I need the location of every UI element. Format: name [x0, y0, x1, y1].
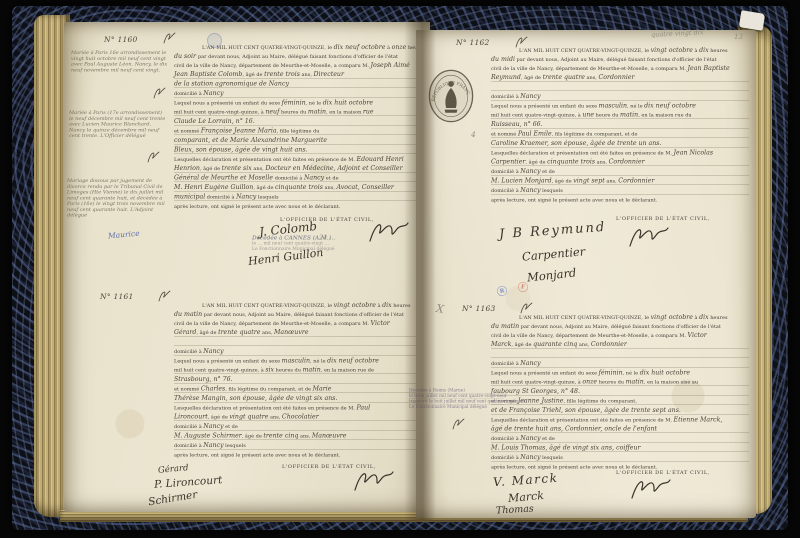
- act-line: mil huit cent quatre-vingt-quinze, à onz…: [491, 377, 749, 387]
- officer-signature-flourish: [366, 219, 412, 245]
- handwritten-entry-text: vingt octobre: [651, 313, 693, 321]
- handwritten-entry-text: trente six: [222, 164, 252, 172]
- act-line: domicilié à Nancy et de: [491, 166, 749, 176]
- act-1162-body: L'AN MIL HUIT CENT QUATRE-VINGT-QUINZE, …: [491, 45, 749, 204]
- handwritten-entry-text: Gérard: [174, 328, 196, 336]
- handwritten-entry-text: dix: [699, 313, 709, 321]
- register-book: Mariée à Paris 16e arrondissement le vin…: [12, 6, 788, 530]
- act-line: Caroline Kraemer, son épouse, âgée de tr…: [491, 138, 749, 148]
- act-line: L'AN MIL HUIT CENT QUATRE-VINGT-QUINZE, …: [491, 45, 749, 54]
- printed-form-text: déclarant.: [315, 453, 341, 459]
- act-line: après lecture, ont signé le présent acte…: [174, 201, 420, 210]
- handwritten-entry-text: Bleux, son épouse, âgée de vingt huit an…: [174, 146, 308, 154]
- act-line: mil huit cent quatre-vingt-quinze, à six…: [174, 365, 420, 375]
- printed-form-text: civil de la ville de Nancy, département …: [174, 321, 371, 327]
- printed-form-text: déclarant.: [315, 204, 341, 210]
- act-line: L'AN MIL HUIT CENT QUATRE-VINGT-QUINZE, …: [491, 312, 749, 321]
- act-line: M. Henri Eugène Guillon, âgé de cinquant…: [174, 182, 420, 192]
- handwritten-entry-text: [491, 83, 493, 91]
- right-page: quatre vingt dix 13 RÉPUBLIQUE FRANÇAISE…: [416, 30, 756, 518]
- act-line: municipal domicilié à Nancy lesquels: [174, 192, 420, 202]
- handwritten-entry-text: vingt octobre: [651, 46, 693, 54]
- handwritten-entry-text: M. Auguste Schirmer: [174, 432, 242, 440]
- handwritten-entry-text: dix neuf octobre: [644, 102, 696, 110]
- printed-form-text: , né le: [310, 359, 327, 365]
- printed-form-text: déclarant.: [632, 198, 658, 204]
- printed-form-text: heures du: [274, 368, 303, 374]
- printed-form-text: civil de la ville de Nancy, département …: [491, 66, 688, 72]
- printed-form-text: , né le: [306, 101, 323, 107]
- printed-form-text: domicilié à: [491, 436, 520, 442]
- printed-form-text: , fille légitime du: [277, 129, 320, 135]
- margin-stamp-paraph: [451, 417, 466, 431]
- printed-form-text: domicilié à: [491, 169, 520, 175]
- act-line: faubourg St Georges, n° 48.: [491, 386, 749, 396]
- handwritten-entry-text: Victor: [371, 319, 390, 327]
- handwritten-entry-text: Jean Baptiste: [688, 64, 730, 72]
- act-number-1160: N° 1160: [104, 35, 138, 44]
- printed-form-text: , âgé de: [521, 75, 543, 81]
- act-line: domicilié à Nancy: [491, 91, 749, 101]
- printed-form-text: mil huit cent quatre-vingt-quinze, à: [174, 110, 265, 116]
- handwritten-entry-text: Nancy: [520, 453, 540, 461]
- signature-carpentier: Carpentier: [522, 245, 586, 263]
- handwritten-entry-text: matin: [308, 108, 326, 116]
- red-f-stamp: F: [518, 282, 529, 293]
- handwritten-entry-text: Charles: [201, 385, 225, 393]
- act-line: du soir par devant nous, Adjoint au Mair…: [174, 51, 420, 60]
- printed-form-text: Lequel nous a présenté un enfant du sexe: [174, 359, 282, 365]
- handwritten-entry-text: Nancy: [304, 174, 324, 182]
- printed-form-text: , âgé de: [242, 72, 264, 78]
- act-line: civil de la ville de Nancy, département …: [491, 63, 749, 72]
- handwritten-entry-text: Edouard Henri: [357, 155, 404, 163]
- printed-form-text: , fille légitime du comparant,: [563, 399, 636, 405]
- left-page: Mariée à Paris 16e arrondissement le vin…: [64, 22, 430, 512]
- act-line: Lequel nous a présenté un enfant du sexe…: [491, 101, 749, 110]
- printed-form-text: domicilié à: [174, 91, 203, 97]
- handwritten-entry-text: vingt sept: [573, 177, 604, 185]
- printed-form-text: , né le: [623, 371, 640, 377]
- printed-form-text: domicilié à: [174, 424, 203, 430]
- handwritten-entry-text: Paul: [357, 404, 371, 412]
- printed-form-text: , âgé de: [208, 415, 230, 421]
- handwritten-entry-text: Nancy: [520, 359, 540, 367]
- left-page-content: Mariée à Paris 16e arrondissement le vin…: [64, 22, 430, 512]
- handwritten-entry-text: dix: [382, 301, 392, 309]
- printed-form-text: domicilié à: [491, 455, 520, 461]
- act-line: Henrion, âgé de trente six ans, Docteur …: [174, 163, 420, 173]
- decease-margin-stamp: Décédée à Reims (Marne) le trois juillet…: [409, 388, 504, 410]
- handwritten-entry-text: Cordonnier: [598, 73, 634, 81]
- printed-form-text: heures: [709, 315, 728, 321]
- handwritten-entry-text: Manœuvre: [274, 328, 309, 336]
- handwritten-entry-text: Cordonnier: [618, 177, 654, 185]
- handwritten-entry-text: M. Henri Eugène Guillon: [174, 183, 253, 191]
- printed-form-text: , âgé de: [242, 434, 264, 440]
- printed-form-text: et nommé: [174, 387, 201, 393]
- pencil-x-mark: X: [435, 303, 444, 316]
- printed-form-text: et de: [541, 169, 555, 175]
- margin-note-marriage-1920: Mariée à Paris 16e arrondissement le vin…: [71, 50, 169, 73]
- act-line: et nommé Françoise Jeanne Maria, fille l…: [174, 126, 420, 136]
- handwritten-entry-text: M. Louis Thomas, âgé de vingt six ans, c…: [491, 444, 641, 452]
- handwritten-entry-text: onze: [582, 378, 597, 386]
- signature-gerard: Gérard: [158, 463, 189, 476]
- printed-form-text: mil huit cent quatre-vingt-quinze, à: [174, 368, 265, 374]
- handwritten-entry-text: Manœuvre: [312, 432, 347, 440]
- handwritten-entry-text: cinquante trois: [547, 158, 595, 166]
- printed-form-text: Lesquelles déclaration et présentation o…: [491, 151, 674, 157]
- handwritten-entry-text: Françoise Jeanne Maria: [201, 127, 277, 135]
- handwritten-entry-text: du soir: [174, 52, 198, 60]
- handwritten-entry-text: trente trois: [264, 70, 300, 78]
- act-line: domicilié à Nancy: [491, 358, 749, 368]
- act-line: [174, 337, 420, 347]
- handwritten-entry-text: masculin: [599, 102, 627, 110]
- printed-form-text: mil huit cent quatre-vingt-quinze, à: [491, 113, 582, 119]
- act-line: Lequel nous a présenté un enfant du sexe…: [174, 98, 420, 107]
- printed-form-text: après lecture, ont signé le présent acte…: [174, 453, 315, 459]
- printed-form-text: , âgé de: [200, 166, 222, 172]
- handwritten-entry-text: Strasbourg, n° 76.: [174, 375, 233, 383]
- act-line: domicilié à Nancy: [174, 88, 420, 98]
- handwritten-entry-text: matin: [626, 378, 644, 386]
- handwritten-entry-text: Nancy: [520, 167, 540, 175]
- act-line: M. Auguste Schirmer, âgé de trente cinq …: [174, 431, 420, 441]
- act-line: Lequel nous a présenté un enfant du sexe…: [491, 368, 749, 377]
- printed-form-text: , âgé de: [552, 179, 574, 185]
- handwritten-entry-text: neuf: [265, 108, 279, 116]
- act-line: Bleux, son épouse, âgée de vingt huit an…: [174, 145, 420, 155]
- handwritten-entry-text: quarante cinq: [533, 340, 577, 348]
- printed-form-text: , âgé de: [196, 330, 218, 336]
- act-line: Jean Baptiste Colomb, âgé de trente troi…: [174, 69, 420, 79]
- right-page-content: quatre vingt dix 13 RÉPUBLIQUE FRANÇAISE…: [416, 30, 756, 518]
- act-line: domicilié à Nancy et de: [174, 421, 420, 431]
- printed-form-text: heures: [392, 303, 411, 309]
- handwritten-entry-text: Chocolatier: [282, 413, 319, 421]
- act-line: Strasbourg, n° 76.: [174, 374, 420, 384]
- handwritten-entry-text: dix neuf octobre: [334, 43, 386, 51]
- printed-form-text: ans,: [300, 72, 314, 78]
- handwritten-entry-text: Carpentier: [491, 158, 525, 166]
- act-line: et nommé Charles, fils légitime du compa…: [174, 384, 420, 394]
- printed-form-text: ans,: [268, 415, 282, 421]
- printed-form-text: domicilié à: [174, 443, 203, 449]
- act-line: [491, 349, 749, 359]
- act-line: Carpentier, âgé de cinquante trois ans, …: [491, 157, 749, 167]
- handwritten-entry-text: Lironcourt: [174, 413, 208, 421]
- act-line: domicilié à Nancy lesquels: [491, 452, 749, 462]
- officer-signature-flourish: [626, 224, 672, 250]
- act-line: Reymund, âgé de trente quatre ans, Cordo…: [491, 72, 749, 82]
- handwritten-entry-text: trente quatre: [543, 73, 585, 81]
- printed-form-text: ans,: [585, 75, 599, 81]
- printed-form-text: ans,: [577, 342, 591, 348]
- handwritten-entry-text: Etienne Marck,: [674, 416, 723, 424]
- printed-form-text: et de: [224, 424, 238, 430]
- act-line: Claude Le Lorrain, n° 16.: [174, 116, 420, 126]
- printed-form-text: domicilié à: [205, 195, 236, 201]
- handwritten-entry-text: du matin: [491, 322, 519, 330]
- printed-form-text: lesquels: [256, 195, 278, 201]
- margin-note-signature: Maurice: [108, 229, 140, 241]
- handwritten-entry-text: matin: [303, 366, 321, 374]
- handwritten-entry-text: Thérèse Mangin, son épouse, âgée de ving…: [174, 394, 337, 402]
- act-line: du midi par devant nous, Adjoint au Mair…: [491, 54, 749, 63]
- handwritten-entry-text: Cordonnier: [591, 340, 627, 348]
- handwritten-entry-text: [491, 350, 493, 358]
- handwritten-entry-text: et de Françoise Triehl, son épouse, âgée…: [491, 406, 681, 414]
- printed-form-text: par devant nous, Adjoint au Maire, délég…: [515, 57, 717, 63]
- handwritten-entry-text: matin: [620, 111, 638, 119]
- republique-francaise-seal: RÉPUBLIQUE FRANÇAISE: [427, 68, 475, 124]
- margin-note-paraph: [152, 86, 167, 100]
- handwritten-entry-text: Nancy: [236, 193, 256, 201]
- handwritten-entry-text: Marck: [491, 340, 511, 348]
- printed-form-text: ans,: [605, 179, 619, 185]
- act-line: Ruisseau, n° 66.: [491, 119, 749, 129]
- printed-form-text: Lequel nous a présenté un enfant du sexe: [174, 101, 282, 107]
- signature-v-marck: V. Marck: [493, 471, 559, 490]
- officer-signature-flourish: [351, 468, 397, 494]
- act-line: domicilié à Nancy lesquels: [491, 185, 749, 195]
- act-line: après lecture, ont signé le présent acte…: [491, 195, 749, 204]
- handwritten-entry-text: vingt quatre: [229, 413, 268, 421]
- handwritten-entry-text: trente quatre: [218, 328, 260, 336]
- act-line: Marck, âgé de quarante cinq ans, Cordonn…: [491, 339, 749, 349]
- handwritten-entry-text: Marie: [313, 385, 332, 393]
- handwritten-entry-text: Cordonnier: [609, 158, 645, 166]
- printed-form-text: Lesquelles déclaration et présentation o…: [174, 406, 357, 412]
- printed-form-text: mil huit cent quatre-vingt-quinze, à: [491, 380, 582, 386]
- printed-form-text: , âgé de: [253, 185, 275, 191]
- printed-form-text: et nommé: [491, 132, 518, 138]
- printed-form-text: Lesquelles déclaration et présentation o…: [174, 157, 357, 163]
- signature-schirmer: Schirmer: [147, 488, 198, 508]
- handwritten-entry-text: âgé de trente huit ans, Cordonnier, oncl…: [491, 425, 657, 433]
- printed-form-text: par devant nous, Adjoint au Maire, délég…: [198, 54, 398, 60]
- handwritten-entry-text: Claude Le Lorrain, n° 16.: [174, 117, 255, 125]
- handwritten-entry-text: féminin: [599, 369, 623, 377]
- handwritten-entry-text: Nancy: [520, 92, 540, 100]
- handwritten-entry-text: Jean Nicolas: [674, 149, 714, 157]
- pencil-note-top: quatre vingt dix: [651, 29, 704, 39]
- printed-form-text: L'AN MIL HUIT CENT QUATRE-VINGT-QUINZE, …: [202, 303, 334, 309]
- margin-note-divorce-decease: Mariage dissous par jugement de divorce …: [67, 178, 165, 218]
- act-line: de la station agronomique de Nancy: [174, 79, 420, 89]
- handwritten-entry-text: municipal: [174, 193, 205, 201]
- handwritten-entry-text: Général de Meurthe et Moselle: [174, 174, 273, 182]
- handwritten-entry-text: Nancy: [520, 434, 540, 442]
- handwritten-entry-text: une: [582, 111, 594, 119]
- printed-form-text: Lesquelles déclaration et présentation o…: [491, 418, 674, 424]
- act-line: [491, 82, 749, 92]
- handwritten-entry-text: vingt octobre: [334, 301, 376, 309]
- handwritten-entry-text: dix huit octobre: [323, 99, 373, 107]
- printed-form-text: , fils légitime du comparant, et de: [225, 387, 312, 393]
- act-line: mil huit cent quatre-vingt-quinze, à neu…: [174, 107, 420, 117]
- act-number-1161: N° 1161: [100, 292, 134, 301]
- printed-form-text: après lecture, ont signé le présent acte…: [174, 204, 315, 210]
- act-line: et nommé Paul Emile, fils légitime du co…: [491, 129, 749, 139]
- act-line: du matin par devant nous, Adjoint au Mai…: [491, 321, 749, 330]
- handwritten-entry-text: féminin: [282, 99, 306, 107]
- blue-r-stamp: R: [496, 285, 508, 297]
- printed-form-text: , en la maison: [326, 110, 363, 116]
- act-line: Gérard, âgé de trente quatre ans, Manœuv…: [174, 327, 420, 337]
- printed-form-text: ans,: [252, 166, 266, 172]
- act-line: Lesquelles déclaration et présentation o…: [491, 415, 749, 424]
- act-line: comparant, et de Marie Alexandrine Margu…: [174, 135, 420, 145]
- act-line: domicilié à Nancy: [174, 346, 420, 356]
- handwritten-entry-text: Nancy: [203, 441, 223, 449]
- act-line: Lironcourt, âgé de vingt quatre ans, Cho…: [174, 412, 420, 422]
- act-line: Thérèse Mangin, son épouse, âgée de ving…: [174, 393, 420, 403]
- printed-form-text: L'AN MIL HUIT CENT QUATRE-VINGT-QUINZE, …: [202, 45, 334, 51]
- act-line: et nommé Jeanne Justine, fille légitime …: [491, 396, 749, 406]
- pencil-mark: 4: [471, 130, 476, 139]
- printed-form-text: heures: [709, 48, 728, 54]
- printed-form-text: , en la maison rue du: [638, 113, 691, 119]
- printed-form-text: domicilié à: [273, 176, 304, 182]
- act-line: L'AN MIL HUIT CENT QUATRE-VINGT-QUINZE, …: [174, 300, 420, 309]
- handwritten-entry-text: Nancy: [520, 186, 540, 194]
- act-line: et de Françoise Triehl, son épouse, âgée…: [491, 405, 749, 415]
- handwritten-entry-text: dix neuf octobre: [327, 357, 379, 365]
- handwritten-entry-text: Nancy: [203, 422, 223, 430]
- act-line: Lesquelles déclaration et présentation o…: [491, 148, 749, 157]
- handwritten-entry-text: cinquante trois: [275, 183, 323, 191]
- act-line: après lecture, ont signé le présent acte…: [174, 450, 420, 459]
- signature-reymund: J B Reymund: [499, 219, 607, 241]
- act-line: mil huit cent quatre-vingt-quinze, à une…: [491, 110, 749, 120]
- handwritten-entry-text: dix huit octobre: [640, 369, 690, 377]
- printed-form-text: , en la maison rue de: [321, 368, 374, 374]
- act-line: Général de Meurthe et Moselle domicilié …: [174, 173, 420, 183]
- handwritten-entry-text: onze: [392, 43, 407, 51]
- act-line: civil de la ville de Nancy, département …: [174, 60, 420, 69]
- handwritten-entry-text: Caroline Kraemer, son épouse, âgée de tr…: [491, 139, 662, 147]
- margin-note-paraph: [146, 150, 161, 164]
- printed-form-text: heures du: [597, 380, 626, 386]
- printed-form-text: après lecture, ont signé le présent acte…: [491, 198, 632, 204]
- handwritten-entry-text: Jean Baptiste Colomb: [174, 70, 242, 78]
- handwritten-entry-text: Directeur: [314, 70, 344, 78]
- handwritten-entry-text: du matin: [174, 310, 202, 318]
- printed-form-text: lesquels: [224, 443, 246, 449]
- act-line: M. Louis Thomas, âgé de vingt six ans, c…: [491, 443, 749, 453]
- officer-signature-flourish: [628, 476, 674, 502]
- act-line: Lesquelles déclaration et présentation o…: [174, 403, 420, 412]
- pencil-annotation: 21 …: [319, 234, 336, 242]
- officer-label: L'OFFICIER DE L'ÉTAT CIVIL,: [588, 216, 738, 222]
- handwritten-entry-text: Nancy: [203, 347, 223, 355]
- act-line: civil de la ville de Nancy, département …: [491, 330, 749, 339]
- handwritten-entry-text: rue: [363, 108, 374, 116]
- printed-form-text: , fils légitime du comparant, et de: [552, 132, 638, 138]
- printed-form-text: , en la maison sise au: [644, 380, 698, 386]
- handwritten-entry-text: M. Lucien Monjard: [491, 177, 552, 185]
- margin-stamp-line: Le Fonctionnaire Municipal délégué: [409, 405, 504, 410]
- handwritten-entry-text: Nancy: [203, 89, 223, 97]
- printed-form-text: et de: [324, 176, 338, 182]
- handwritten-entry-text: du midi: [491, 55, 515, 63]
- officer-label: L'OFFICIER DE L'ÉTAT CIVIL,: [588, 470, 738, 476]
- printed-form-text: heures du: [279, 110, 308, 116]
- act-number-paraph: [157, 289, 172, 303]
- act-1163-body: L'AN MIL HUIT CENT QUATRE-VINGT-QUINZE, …: [491, 312, 749, 471]
- printed-form-text: Lequel nous a présenté un enfant du sexe: [491, 371, 599, 377]
- act-line: L'AN MIL HUIT CENT QUATRE-VINGT-QUINZE, …: [174, 42, 420, 51]
- printed-form-text: et de: [541, 436, 555, 442]
- printed-form-text: domicilié à: [491, 361, 520, 367]
- printed-form-text: civil de la ville de Nancy, département …: [491, 333, 688, 339]
- printed-form-text: par devant nous, Adjoint au Maire, délég…: [519, 324, 721, 330]
- printed-form-text: ans,: [260, 330, 274, 336]
- printed-form-text: par devant nous, Adjoint au Maire, délég…: [202, 312, 404, 318]
- handwritten-entry-text: Avocat, Conseiller: [337, 183, 394, 191]
- act-1160-body: L'AN MIL HUIT CENT QUATRE-VINGT-QUINZE, …: [174, 42, 420, 210]
- printed-form-text: domicilié à: [174, 349, 203, 355]
- printed-form-text: , âgé de: [525, 160, 547, 166]
- handwritten-entry-text: Ruisseau, n° 66.: [491, 120, 543, 128]
- printed-form-text: , né le: [627, 104, 644, 110]
- handwritten-entry-text: Reymund: [491, 73, 521, 81]
- handwritten-entry-text: de la station agronomique de Nancy: [174, 80, 289, 88]
- act-line: civil de la ville de Nancy, département …: [174, 318, 420, 327]
- act-line: Lequel nous a présenté un enfant du sexe…: [174, 356, 420, 365]
- printed-form-text: L'AN MIL HUIT CENT QUATRE-VINGT-QUINZE, …: [519, 48, 651, 54]
- pencil-page-number: 13: [734, 33, 743, 41]
- handwritten-entry-text: Henrion: [174, 164, 200, 172]
- printed-form-text: L'AN MIL HUIT CENT QUATRE-VINGT-QUINZE, …: [519, 315, 651, 321]
- signature-lironcourt: P. Lironcourt: [154, 474, 223, 491]
- handwritten-entry-text: Paul Emile: [518, 130, 552, 138]
- printed-form-text: lesquels: [541, 188, 563, 194]
- act-line: du matin par devant nous, Adjoint au Mai…: [174, 309, 420, 318]
- handwritten-entry-text: dix: [699, 46, 709, 54]
- handwritten-entry-text: masculin: [282, 357, 310, 365]
- act-line: domicilié à Nancy et de: [491, 433, 749, 443]
- handwritten-entry-text: comparant, et de Marie Alexandrine Margu…: [174, 136, 327, 144]
- paper-fragment: [739, 10, 765, 31]
- printed-form-text: Lequel nous a présenté un enfant du sexe: [491, 104, 599, 110]
- handwritten-entry-text: trente cinq: [263, 432, 298, 440]
- act-line: Lesquelles déclaration et présentation o…: [174, 154, 420, 163]
- handwritten-entry-text: Joseph Aimé: [371, 61, 410, 69]
- act-line: M. Lucien Monjard, âgé de vingt sept ans…: [491, 176, 749, 186]
- handwritten-entry-text: [174, 338, 176, 346]
- printed-form-text: domicilié à: [491, 188, 520, 194]
- printed-form-text: , âgé de: [511, 342, 533, 348]
- printed-form-text: ans,: [298, 434, 312, 440]
- printed-form-text: ans,: [595, 160, 609, 166]
- margin-note-marriage-1930: Mariée à Paris (17e arrondissement) le n…: [69, 110, 167, 139]
- handwritten-entry-text: six: [265, 366, 274, 374]
- act-line: âgé de trente huit ans, Cordonnier, oncl…: [491, 424, 749, 434]
- act-1161-body: L'AN MIL HUIT CENT QUATRE-VINGT-QUINZE, …: [174, 300, 420, 459]
- act-number-1162: N° 1162: [456, 38, 490, 47]
- printed-form-text: ans,: [323, 185, 337, 191]
- handwritten-entry-text: Docteur en Médecine, Adjoint et Conseill…: [265, 164, 402, 172]
- act-line: domicilié à Nancy lesquels: [174, 440, 420, 450]
- handwritten-entry-text: Victor: [688, 331, 707, 339]
- signature-monjard: Monjard: [526, 266, 576, 284]
- printed-form-text: lesquels: [541, 455, 563, 461]
- signature-thomas: Thomas: [496, 503, 534, 516]
